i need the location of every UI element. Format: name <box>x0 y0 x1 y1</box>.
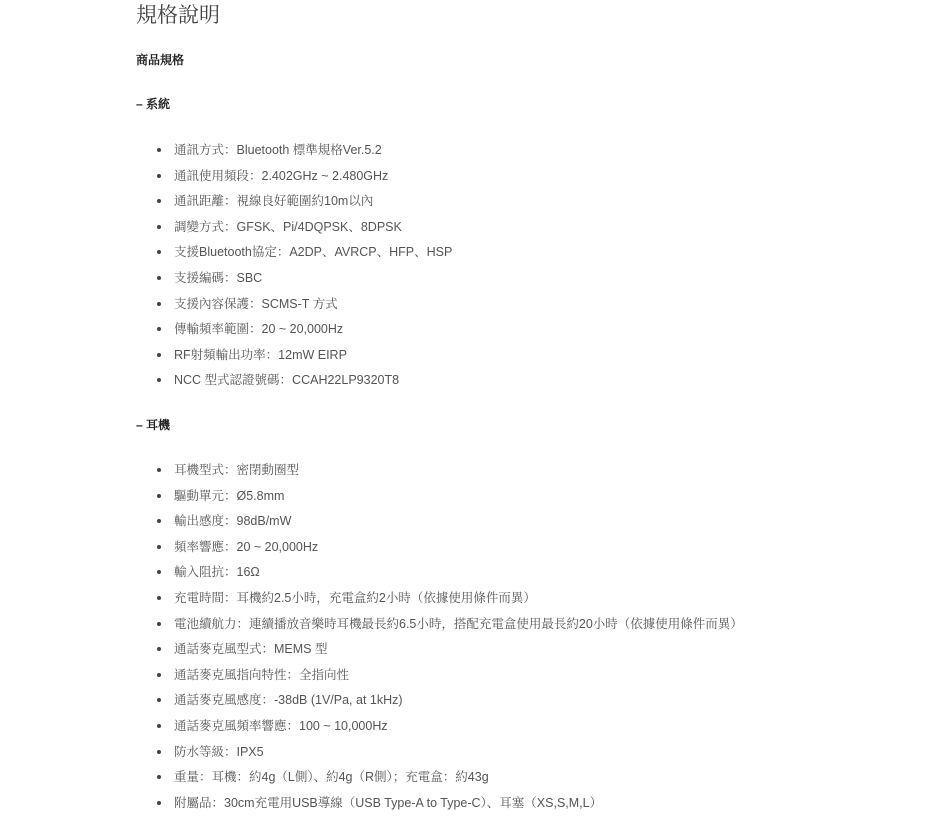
bullet-icon <box>157 302 161 306</box>
spec-text: 通話麥克風型式：MEMS 型 <box>174 642 327 656</box>
list-item: 調變方式：GFSK、Pi/4DQPSK、8DPSK <box>156 218 452 244</box>
spec-text: 通訊使用頻段：2.402GHz ~ 2.480GHz <box>174 169 388 183</box>
list-item: 通話麥克風型式：MEMS 型 <box>156 640 743 666</box>
bullet-icon <box>157 570 161 574</box>
spec-text: NCC 型式認證號碼：CCAH22LP9320T8 <box>174 373 399 387</box>
list-item: 通訊距離：視線良好範圍約10m以內 <box>156 192 452 218</box>
list-item: 支援內容保護：SCMS-T 方式 <box>156 295 452 321</box>
spec-text: 支援編碼：SBC <box>174 271 262 285</box>
section-heading-earphones: – 耳機 <box>136 417 170 433</box>
list-item: RF射頻輸出功率：12mW EIRP <box>156 346 452 372</box>
bullet-icon <box>157 775 161 779</box>
list-item: 電池續航力：連續播放音樂時耳機最長約6.5小時，搭配充電盒使用最長約20小時（依… <box>156 615 743 641</box>
bullet-icon <box>157 673 161 677</box>
bullet-icon <box>157 801 161 805</box>
bullet-icon <box>157 148 161 152</box>
bullet-icon <box>157 494 161 498</box>
list-item: 傳輸頻率範圍：20 ~ 20,000Hz <box>156 320 452 346</box>
spec-text: 調變方式：GFSK、Pi/4DQPSK、8DPSK <box>174 220 402 234</box>
product-spec-subtitle: 商品規格 <box>136 52 184 68</box>
list-item: 充電時間：耳機約2.5小時，充電盒約2小時（依據使用條件而異） <box>156 589 743 615</box>
spec-text: 重量：耳機：約4g（L側）、約4g（R側）；充電盒：約43g <box>174 770 489 784</box>
bullet-icon <box>157 378 161 382</box>
spec-text: 充電時間：耳機約2.5小時，充電盒約2小時（依據使用條件而異） <box>174 591 536 605</box>
bullet-icon <box>157 750 161 754</box>
list-item: 附屬品：30cm充電用USB導線（USB Type-A to Type-C）、耳… <box>156 794 743 820</box>
list-item: 重量：耳機：約4g（L側）、約4g（R側）；充電盒：約43g <box>156 768 743 794</box>
list-item: 通話麥克風感度：-38dB (1V/Pa, at 1kHz) <box>156 691 743 717</box>
bullet-icon <box>157 545 161 549</box>
spec-text: 支援Bluetooth協定：A2DP、AVRCP、HFP、HSP <box>174 245 452 259</box>
list-item: 防水等級：IPX5 <box>156 743 743 769</box>
spec-text: 傳輸頻率範圍：20 ~ 20,000Hz <box>174 322 343 336</box>
spec-text: 支援內容保護：SCMS-T 方式 <box>174 297 338 311</box>
list-item: 輸入阻抗：16Ω <box>156 563 743 589</box>
spec-text: 驅動單元：Ø5.8mm <box>174 489 284 503</box>
bullet-icon <box>157 468 161 472</box>
page-title: 規格說明 <box>136 2 220 30</box>
spec-text: 附屬品：30cm充電用USB導線（USB Type-A to Type-C）、耳… <box>174 796 602 810</box>
bullet-icon <box>157 622 161 626</box>
spec-list-system: 通訊方式：Bluetooth 標準規格Ver.5.2 通訊使用頻段：2.402G… <box>156 141 452 397</box>
spec-text: 輸出感度：98dB/mW <box>174 514 291 528</box>
list-item: 通話麥克風頻率響應：100 ~ 10,000Hz <box>156 717 743 743</box>
spec-text: 通訊距離：視線良好範圍約10m以內 <box>174 194 373 208</box>
list-item: 支援編碼：SBC <box>156 269 452 295</box>
list-item: 耳機型式：密閉動圈型 <box>156 461 743 487</box>
spec-text: 耳機型式：密閉動圈型 <box>174 463 299 477</box>
spec-text: 電池續航力：連續播放音樂時耳機最長約6.5小時，搭配充電盒使用最長約20小時（依… <box>174 617 743 631</box>
spec-text: 通話麥克風指向特性：全指向性 <box>174 668 349 682</box>
spec-text: 通訊方式：Bluetooth 標準規格Ver.5.2 <box>174 143 382 157</box>
bullet-icon <box>157 174 161 178</box>
bullet-icon <box>157 519 161 523</box>
spec-text: RF射頻輸出功率：12mW EIRP <box>174 348 347 362</box>
bullet-icon <box>157 225 161 229</box>
bullet-icon <box>157 250 161 254</box>
list-item: 通訊使用頻段：2.402GHz ~ 2.480GHz <box>156 167 452 193</box>
bullet-icon <box>157 353 161 357</box>
list-item: 通訊方式：Bluetooth 標準規格Ver.5.2 <box>156 141 452 167</box>
list-item: 通話麥克風指向特性：全指向性 <box>156 666 743 692</box>
spec-text: 通話麥克風感度：-38dB (1V/Pa, at 1kHz) <box>174 693 403 707</box>
spec-text: 輸入阻抗：16Ω <box>174 565 260 579</box>
spec-text: 頻率響應：20 ~ 20,000Hz <box>174 540 318 554</box>
spec-text: 防水等級：IPX5 <box>174 745 264 759</box>
bullet-icon <box>157 724 161 728</box>
list-item: 驅動單元：Ø5.8mm <box>156 487 743 513</box>
list-item: 支援Bluetooth協定：A2DP、AVRCP、HFP、HSP <box>156 243 452 269</box>
bullet-icon <box>157 327 161 331</box>
bullet-icon <box>157 647 161 651</box>
bullet-icon <box>157 596 161 600</box>
list-item: 頻率響應：20 ~ 20,000Hz <box>156 538 743 564</box>
list-item: 輸出感度：98dB/mW <box>156 512 743 538</box>
bullet-icon <box>157 199 161 203</box>
list-item: NCC 型式認證號碼：CCAH22LP9320T8 <box>156 371 452 397</box>
bullet-icon <box>157 698 161 702</box>
bullet-icon <box>157 276 161 280</box>
spec-text: 通話麥克風頻率響應：100 ~ 10,000Hz <box>174 719 388 733</box>
section-heading-system: – 系統 <box>136 96 170 112</box>
spec-list-earphones: 耳機型式：密閉動圈型 驅動單元：Ø5.8mm 輸出感度：98dB/mW 頻率響應… <box>156 461 743 819</box>
